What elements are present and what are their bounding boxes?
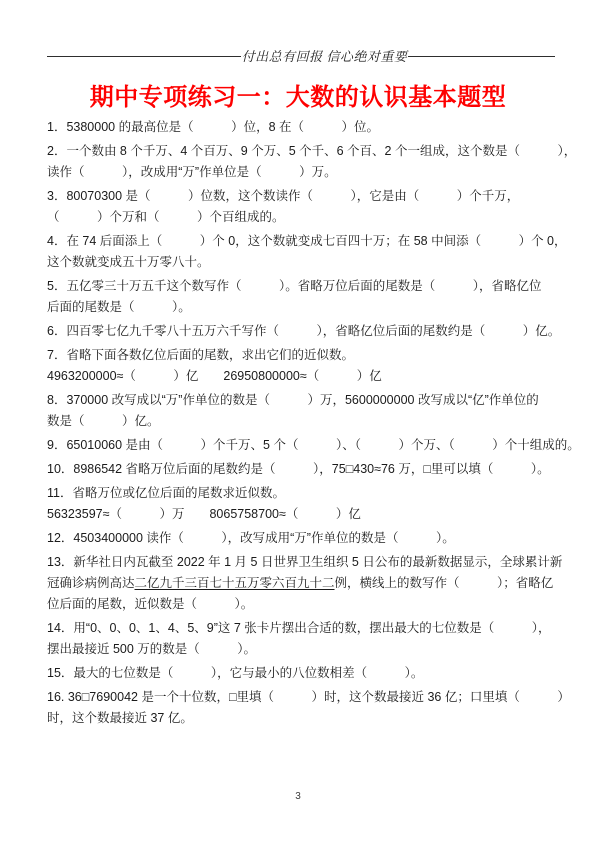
underlined-number-text: 二亿九千三百七十五万零六百九十二 <box>135 576 335 590</box>
question-line: 时，这个数最接近 37 亿。 <box>47 708 559 729</box>
question-line: 9．65010060 是由（ ）个千万、5 个（ ）、（ ）个万、（ ）个十组成… <box>47 435 559 456</box>
question-line: 7．省略下面各数亿位后面的尾数，求出它们的近似数。 <box>47 345 559 366</box>
header-motto-row: 付出总有回报 信心绝对重要 <box>47 47 555 66</box>
question-line: 8．370000 改写成以“万”作单位的数是（ ）万，5600000000 改写… <box>47 390 559 411</box>
header-rule-right <box>408 56 555 57</box>
question-4: 4．在 74 后面添上（ ）个 0，这个数就变成七百四十万；在 58 中间添（ … <box>47 231 559 274</box>
question-line: 14．用“0、0、0、1、4、5、9”这 7 张卡片摆出合适的数，摆出最大的七位… <box>47 618 559 639</box>
question-line: 5．五亿零三十万五千这个数写作（ ）。省略万位后面的尾数是（ ），省略亿位 <box>47 276 559 297</box>
question-line: 4963200000≈（ ）亿 26950800000≈（ ）亿 <box>47 366 559 387</box>
text-segment: 冠确诊病例高达 <box>47 576 135 590</box>
question-11: 11．省略万位或亿位后面的尾数求近似数。 56323597≈（ ）万 80657… <box>47 483 559 526</box>
question-9: 9．65010060 是由（ ）个千万、5 个（ ）、（ ）个万、（ ）个十组成… <box>47 435 559 456</box>
question-line: 10．8986542 省略万位后面的尾数约是（ ），75□430≈76 万，□里… <box>47 459 559 480</box>
question-line: 16. 36□7690042 是一个十位数，□里填（ ）时，这个数最接近 36 … <box>47 687 559 708</box>
question-14: 14．用“0、0、0、1、4、5、9”这 7 张卡片摆出合适的数，摆出最大的七位… <box>47 618 559 661</box>
question-line: 读作（ ），改成用“万”作单位是（ ）万。 <box>47 162 559 183</box>
question-line: 1．5380000 的最高位是（ ）位，8 在（ ）位。 <box>47 117 559 138</box>
question-5: 5．五亿零三十万五千这个数写作（ ）。省略万位后面的尾数是（ ），省略亿位 后面… <box>47 276 559 319</box>
question-8: 8．370000 改写成以“万”作单位的数是（ ）万，5600000000 改写… <box>47 390 559 433</box>
text-segment: 例，横线上的数写作（ ）；省略亿 <box>335 576 554 590</box>
question-2: 2．一个数由 8 个千万、4 个百万、9 个万、5 个千、6 个百、2 个一组成… <box>47 141 559 184</box>
question-line: 冠确诊病例高达二亿九千三百七十五万零六百九十二例，横线上的数写作（ ）；省略亿 <box>47 573 559 594</box>
question-line: 3．80070300 是（ ）位数，这个数读作（ ），它是由（ ）个千万， <box>47 186 559 207</box>
question-line: 13．新华社日内瓦截至 2022 年 1 月 5 日世界卫生组织 5 日公布的最… <box>47 552 559 573</box>
question-line: 后面的尾数是（ ）。 <box>47 297 559 318</box>
question-12: 12．4503400000 读作（ ），改写成用“万”作单位的数是（ ）。 <box>47 528 559 549</box>
question-line: 12．4503400000 读作（ ），改写成用“万”作单位的数是（ ）。 <box>47 528 559 549</box>
question-6: 6．四百零七亿九千零八十五万六千写作（ ），省略亿位后面的尾数约是（ ）亿。 <box>47 321 559 342</box>
question-15: 15．最大的七位数是（ ），它与最小的八位数相差（ ）。 <box>47 663 559 684</box>
question-3: 3．80070300 是（ ）位数，这个数读作（ ），它是由（ ）个千万， （ … <box>47 186 559 229</box>
question-1: 1．5380000 的最高位是（ ）位，8 在（ ）位。 <box>47 117 559 138</box>
question-list: 1．5380000 的最高位是（ ）位，8 在（ ）位。 2．一个数由 8 个千… <box>47 117 559 732</box>
header-motto-text: 付出总有回报 信心绝对重要 <box>241 46 409 65</box>
question-line: 11．省略万位或亿位后面的尾数求近似数。 <box>47 483 559 504</box>
question-10: 10．8986542 省略万位后面的尾数约是（ ），75□430≈76 万，□里… <box>47 459 559 480</box>
question-line: 2．一个数由 8 个千万、4 个百万、9 个万、5 个千、6 个百、2 个一组成… <box>47 141 559 162</box>
question-line: 摆出最接近 500 万的数是（ ）。 <box>47 639 559 660</box>
question-line: 6．四百零七亿九千零八十五万六千写作（ ），省略亿位后面的尾数约是（ ）亿。 <box>47 321 559 342</box>
header-rule-left <box>47 56 241 57</box>
question-line: 数是（ ）亿。 <box>47 411 559 432</box>
question-line: 15．最大的七位数是（ ），它与最小的八位数相差（ ）。 <box>47 663 559 684</box>
page-title: 期中专项练习一：大数的认识基本题型 <box>0 77 596 112</box>
worksheet-page: 付出总有回报 信心绝对重要 期中专项练习一：大数的认识基本题型 1．538000… <box>0 0 596 842</box>
question-line: 4．在 74 后面添上（ ）个 0，这个数就变成七百四十万；在 58 中间添（ … <box>47 231 559 252</box>
question-line: 这个数就变成五十万零八十。 <box>47 252 559 273</box>
question-13: 13．新华社日内瓦截至 2022 年 1 月 5 日世界卫生组织 5 日公布的最… <box>47 552 559 616</box>
question-line: 56323597≈（ ）万 8065758700≈（ ）亿 <box>47 504 559 525</box>
question-line: （ ）个万和（ ）个百组成的。 <box>47 207 559 228</box>
page-number: 3 <box>0 791 596 802</box>
question-7: 7．省略下面各数亿位后面的尾数，求出它们的近似数。 4963200000≈（ ）… <box>47 345 559 388</box>
question-16: 16. 36□7690042 是一个十位数，□里填（ ）时，这个数最接近 36 … <box>47 687 559 730</box>
question-line: 位后面的尾数，近似数是（ ）。 <box>47 594 559 615</box>
